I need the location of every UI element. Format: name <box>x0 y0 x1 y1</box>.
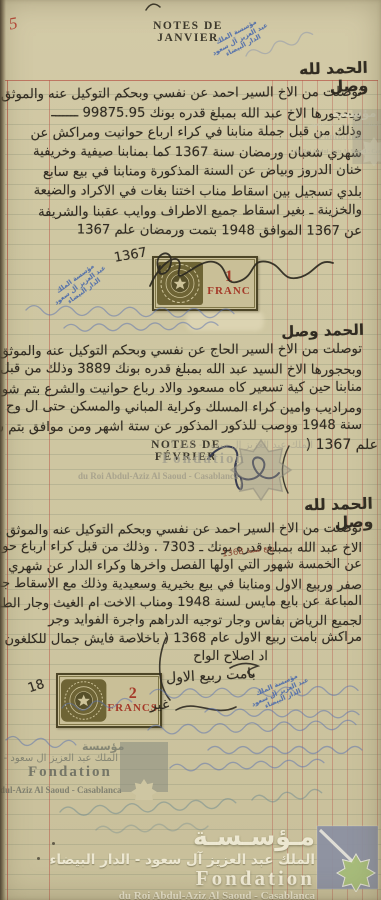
entry-intermediate-heading: الحمد وصل <box>264 321 364 342</box>
ink-speck <box>52 842 55 845</box>
handwritten-line: مراكش بامت ربيع الاول عام 1368 ( باخلاصة… <box>4 629 362 650</box>
handwritten-line: اد اصلاح الواح <box>99 648 362 668</box>
stamp-currency: FRANC <box>204 286 254 298</box>
handwritten-line: بلدي تسجيل بين اسقاط مناب اختنا بغات في … <box>4 181 362 202</box>
handwritten-line: وبحجورها الاخ عبد الله بمبلغ قدره بونك 9… <box>4 103 362 124</box>
handwritten-line: سنة 1948 ووصب للذكور المذكور عن ستة اشهر… <box>4 416 362 437</box>
handwritten-line: عن الخمسة شهور التي اولها الفصل واخرها و… <box>4 556 362 577</box>
revenue-stamp-2-francs: 2 FRANCS <box>56 673 162 728</box>
handwritten-line: والخزينة ـ بغير اسقاط جميع الاطراف ووايب… <box>4 200 362 222</box>
paper-light-patch <box>186 311 264 331</box>
entry-february-text: توصلت من الاخ السير احمد عن نفسي وبحكم ا… <box>4 521 362 667</box>
month-header-february: NOTES DE FÉVRIER <box>120 439 252 463</box>
stamp-value: 1 <box>204 269 254 286</box>
handwritten-line: ومراديب وامين كراء المسلك وكراية المباني… <box>4 397 362 418</box>
handwritten-line: عن 1367 الموافق 1948 بتمت ورمضان علم 136… <box>4 220 362 241</box>
stamp-medallion-icon <box>156 261 204 306</box>
handwritten-line: وبحجورها الاخ السيد عبد الله بمبلغ قدره … <box>4 359 362 380</box>
handwritten-line: صفر وربيع الاول ومنابنا في بيع بخيرية وس… <box>4 575 362 595</box>
handwritten-line: توصلت من الاخ السير الحاج عن نفسي وبحكم … <box>4 340 362 361</box>
entry-intermediate-text: توصلت من الاخ السير الحاج عن نفسي وبحكم … <box>4 341 362 436</box>
entry-january-text: توصلت من الاخ السير احمد عن نفسي وبحكم ا… <box>4 84 362 241</box>
stamp-overlay-note: غير <box>150 697 169 713</box>
year-note: علم 1367 ( <box>283 437 378 453</box>
handwritten-line: وذلك من قبل جملة منابنا في كراء ارباع حو… <box>4 122 362 144</box>
stamp-medallion-icon <box>60 678 107 723</box>
page-edge-shadow <box>0 0 6 900</box>
handwritten-line: خنان الدروز وبياض عن السنة المذكورة ومنا… <box>4 161 362 183</box>
ledger-page: 5 NOTES DE JANVIER NOTES DE FÉVRIER الحم… <box>0 0 381 900</box>
handwritten-line: المباعة عن بايع مايس لسنة 1948 ومناب الا… <box>4 593 362 614</box>
handwritten-line: منابنا حين كية تسعير كاه مسعود والاد ربا… <box>4 378 362 399</box>
red-corner-mark: 5 <box>7 13 19 34</box>
handwritten-line: توصلت من الاخ السير احمد عن نفسي وبحكم ا… <box>4 83 362 105</box>
revenue-stamp-1-franc: 1 FRANC <box>152 256 258 311</box>
handwritten-line: شهري شعبان ورمضان سنة 1367 كما بمنابنا ص… <box>4 142 362 163</box>
ink-speck <box>37 857 40 860</box>
